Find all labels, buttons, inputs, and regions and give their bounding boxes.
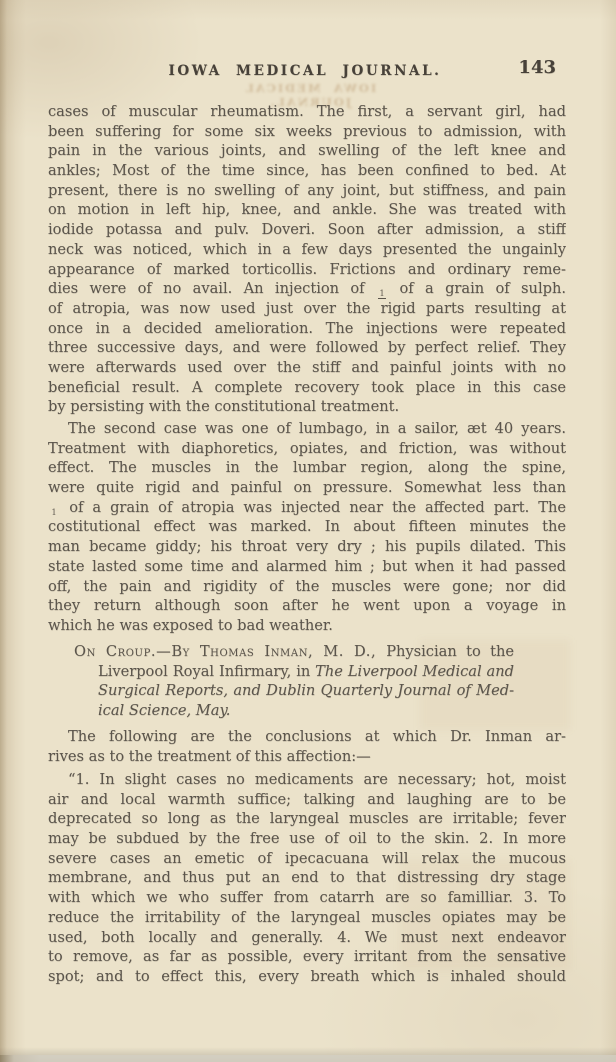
text-line: severe cases an emetic of ipecacuana wil… — [48, 849, 566, 869]
text-segment: Surgical Reports, and Dublin Quarterly J… — [98, 682, 514, 699]
body-paragraph-3: The following are the conclusions at whi… — [48, 727, 566, 766]
text-line: “1. In slight cases no medicaments are n… — [48, 770, 566, 790]
text-line: may be subdued by the free use of oil to… — [48, 829, 566, 849]
text-line: ankles; Most of the time since, has been… — [48, 161, 566, 181]
text-line: they return although soon after he went … — [48, 596, 566, 616]
text-line: deprecated so long as the laryngeal musc… — [48, 809, 566, 829]
text-line: neck was noticed, which in a few days pr… — [48, 240, 566, 260]
text-line: iodide potassa and pulv. Doveri. Soon af… — [48, 220, 566, 240]
text-line: spot; and to effect this, every breath w… — [48, 967, 566, 987]
text-line: rives as to the treatment of this affect… — [48, 747, 566, 767]
text-segment: Physician to the — [386, 643, 514, 660]
text-line: to remove, as far as possible, every irr… — [48, 947, 566, 967]
text-line: air and local warmth suffice; talking an… — [48, 790, 566, 810]
text-line: of atropia, was now used just over the r… — [48, 299, 566, 319]
text-line: dies were of no avail. An injection of 1… — [48, 279, 566, 299]
text-line: Surgical Reports, and Dublin Quarterly J… — [98, 681, 514, 701]
text-line: On Croup.—By Thomas Inman, M. D., Physic… — [74, 642, 514, 662]
text-line: Treatment with diaphoretics, opiates, an… — [48, 439, 566, 459]
text-line: appearance of marked torticollis. Fricti… — [48, 260, 566, 280]
text-line: were afterwards used over the stiff and … — [48, 358, 566, 378]
text-line: state lasted some time and alarmed him ;… — [48, 557, 566, 577]
text-line: once in a decided amelioration. The inje… — [48, 319, 566, 339]
text-line: cases of muscular rheumatism. The first,… — [48, 102, 566, 122]
text-line: used, both locally and generally. 4. We … — [48, 928, 566, 948]
text-line: pain in the various joints, and swelling… — [48, 141, 566, 161]
text-line: reduce the irritability of the laryngeal… — [48, 908, 566, 928]
text-segment: ical Science, May. — [98, 702, 230, 719]
stacked-fraction: 140 — [49, 509, 59, 518]
text-line: three successive days, and were followed… — [48, 338, 566, 358]
text-line: were quite rigid and painful on pressure… — [48, 478, 566, 498]
text-line: which he was exposed to bad weather. — [48, 616, 566, 636]
body-paragraph-2: The second case was one of lumbago, in a… — [48, 419, 566, 636]
text-line: beneficial result. A complete recovery t… — [48, 378, 566, 398]
text-line: by persisting with the constitutional tr… — [48, 397, 566, 417]
scan-bottom-edge — [0, 1055, 616, 1062]
text-line: Liverpool Royal Infirmary, in The Liverp… — [98, 662, 514, 682]
text-line: costitutional effect was marked. In abou… — [48, 517, 566, 537]
text-line: on motion in left hip, knee, and ankle. … — [48, 200, 566, 220]
text-line: 140 of a grain of atropia was injected n… — [48, 498, 566, 518]
text-segment: Liverpool Royal Infirmary, in — [98, 663, 315, 680]
text-line: ical Science, May. — [98, 701, 514, 721]
text-segment: The Liverpool Medical and — [315, 663, 514, 680]
text-line: membrane, and thus put an end to that di… — [48, 868, 566, 888]
journal-header-title: IOWA MEDICAL JOURNAL. — [155, 63, 455, 79]
text-line: The second case was one of lumbago, in a… — [48, 419, 566, 439]
text-line: off, the pain and rigidity of the muscle… — [48, 577, 566, 597]
article-citation-heading: On Croup.—By Thomas Inman, M. D., Physic… — [48, 642, 566, 721]
text-line: been suffering for some six weeks previo… — [48, 122, 566, 142]
page-number: 143 — [518, 57, 556, 78]
text-line: with which we who suffer from catarrh ar… — [48, 888, 566, 908]
text-line: The following are the conclusions at whi… — [48, 727, 566, 747]
text-segment: On Croup.—By Thomas Inman, M. D., — [74, 643, 386, 660]
body-paragraph-1: cases of muscular rheumatism. The first,… — [48, 102, 566, 417]
text-line: present, there is no swelling of any joi… — [48, 181, 566, 201]
body-paragraph-4: “1. In slight cases no medicaments are n… — [48, 770, 566, 987]
text-line: effect. The muscles in the lumbar region… — [48, 458, 566, 478]
text-line: man became giddy; his throat very dry ; … — [48, 537, 566, 557]
stacked-fraction: 150 — [377, 290, 387, 299]
scanned-journal-page: IOWA MEDICAL JOURNAL. 143 IOWA MEDICAL J… — [0, 0, 616, 1062]
